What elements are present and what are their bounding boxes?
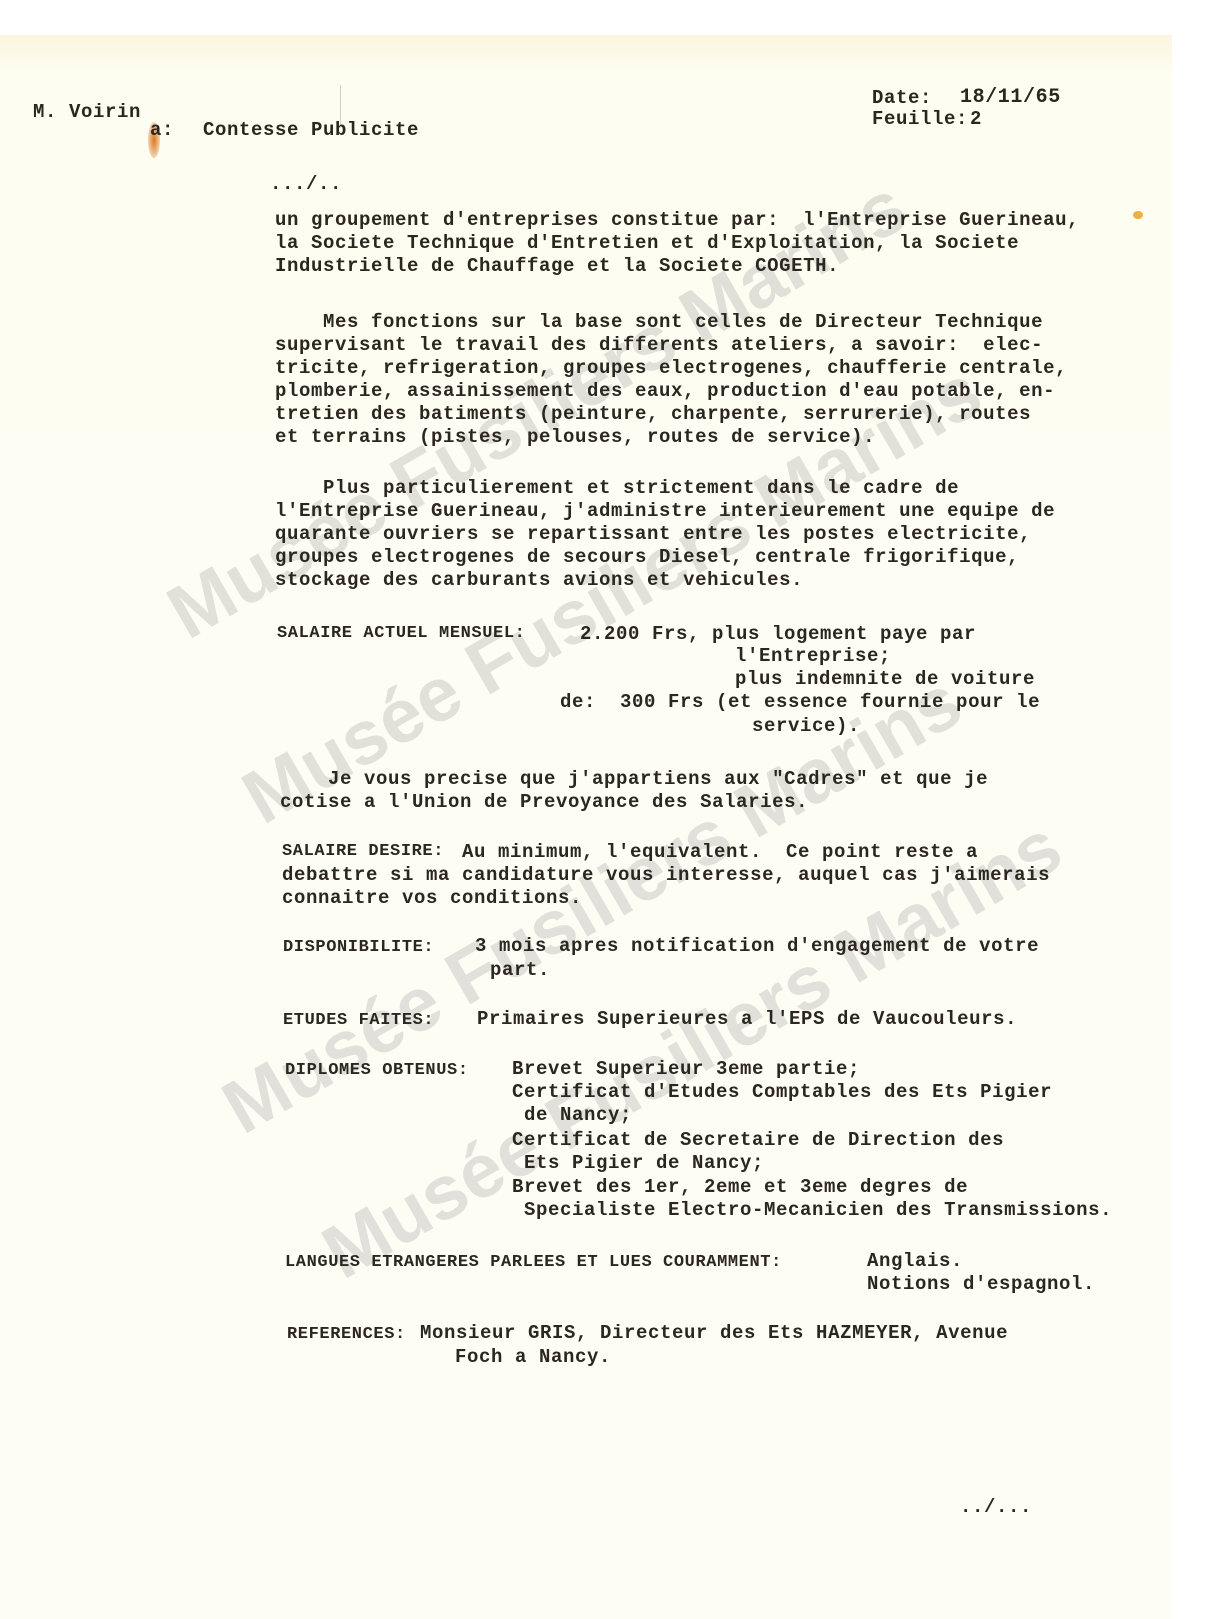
paragraph-line: supervisant le travail des differents at… xyxy=(275,333,1043,357)
salaire-desire-line: debattre si ma candidature vous interess… xyxy=(282,863,1050,887)
salaire-actuel-line: l'Entreprise; xyxy=(735,644,891,668)
paragraph-line: et terrains (pistes, pelouses, routes de… xyxy=(275,425,875,449)
paragraph-line: tretien des batiments (peinture, charpen… xyxy=(275,402,1031,426)
diplome-line: Certificat d'Etudes Comptables des Ets P… xyxy=(512,1080,1052,1104)
salaire-actuel-line: plus indemnite de voiture xyxy=(735,667,1035,691)
salaire-desire-line: connaitre vos conditions. xyxy=(282,886,582,910)
salaire-actuel-line: de: 300 Frs (et essence fournie pour le xyxy=(560,690,1040,714)
paragraph-line: l'Entreprise Guerineau, j'administre int… xyxy=(275,499,1055,523)
paragraph-line: stockage des carburants avions et vehicu… xyxy=(275,568,803,592)
salaire-desire-label: SALAIRE DESIRE: xyxy=(282,840,444,864)
langue-line: Notions d'espagnol. xyxy=(867,1272,1095,1296)
salaire-actuel-line: 2.200 Frs, plus logement paye par xyxy=(580,622,976,646)
etudes-value: Primaires Superieures a l'EPS de Vaucoul… xyxy=(477,1007,1017,1031)
paragraph-line: Plus particulierement et strictement dan… xyxy=(275,476,959,500)
references-label: REFERENCES: xyxy=(287,1323,406,1347)
paragraph-line: Mes fonctions sur la base sont celles de… xyxy=(275,310,1043,334)
langues-label: LANGUES ETRANGERES PARLEES ET LUES COURA… xyxy=(285,1251,782,1275)
etudes-label: ETUDES FAITES: xyxy=(283,1009,434,1033)
paragraph-line: plomberie, assainissement des eaux, prod… xyxy=(275,379,1055,403)
disponibilite-line: 3 mois apres notification d'engagement d… xyxy=(475,934,1039,958)
page-label: Feuille: xyxy=(872,107,968,131)
disponibilite-line: part. xyxy=(490,958,550,982)
paragraph-line: quarante ouvriers se repartissant entre … xyxy=(275,522,1031,546)
continuation-mark-top: .../.. xyxy=(270,172,342,196)
diplome-line: Certificat de Secretaire de Direction de… xyxy=(512,1128,1004,1152)
paragraph-line: groupes electrogenes de secours Diesel, … xyxy=(275,545,1019,569)
diplome-line: Brevet Superieur 3eme partie; xyxy=(512,1057,860,1081)
recipient-prefix: a: xyxy=(150,118,174,142)
disponibilite-label: DISPONIBILITE: xyxy=(283,936,434,960)
recipient-name: Contesse Publicite xyxy=(203,118,419,142)
diplome-line: Ets Pigier de Nancy; xyxy=(512,1151,764,1175)
paragraph-line: cotise a l'Union de Prevoyance des Salar… xyxy=(280,790,808,814)
reference-line: Foch a Nancy. xyxy=(455,1345,611,1369)
diplome-line: Brevet des 1er, 2eme et 3eme degres de xyxy=(512,1175,968,1199)
salaire-actuel-line: service). xyxy=(752,714,860,738)
sender-name: M. Voirin xyxy=(33,100,141,124)
reference-line: Monsieur GRIS, Directeur des Ets HAZMEYE… xyxy=(420,1321,1008,1345)
salaire-actuel-label: SALAIRE ACTUEL MENSUEL: xyxy=(277,622,525,646)
paragraph-line: Je vous precise que j'appartiens aux "Ca… xyxy=(280,767,988,791)
salaire-desire-line: Au minimum, l'equivalent. Ce point reste… xyxy=(462,840,978,864)
rust-spot xyxy=(1133,211,1143,219)
diplome-line: de Nancy; xyxy=(512,1103,632,1127)
paragraph-line: un groupement d'entreprises constitue pa… xyxy=(275,208,1079,232)
diplomes-label: DIPLOMES OBTENUS: xyxy=(285,1059,469,1083)
paragraph-line: Industrielle de Chauffage et la Societe … xyxy=(275,254,839,278)
paragraph-line: la Societe Technique d'Entretien et d'Ex… xyxy=(275,231,1019,255)
continuation-mark-bottom: ../... xyxy=(960,1495,1032,1519)
langue-line: Anglais. xyxy=(867,1249,963,1273)
page-number: 2 xyxy=(970,107,982,131)
diplome-line: Specialiste Electro-Mecanicien des Trans… xyxy=(512,1198,1112,1222)
paragraph-line: tricite, refrigeration, groupes electrog… xyxy=(275,356,1067,380)
